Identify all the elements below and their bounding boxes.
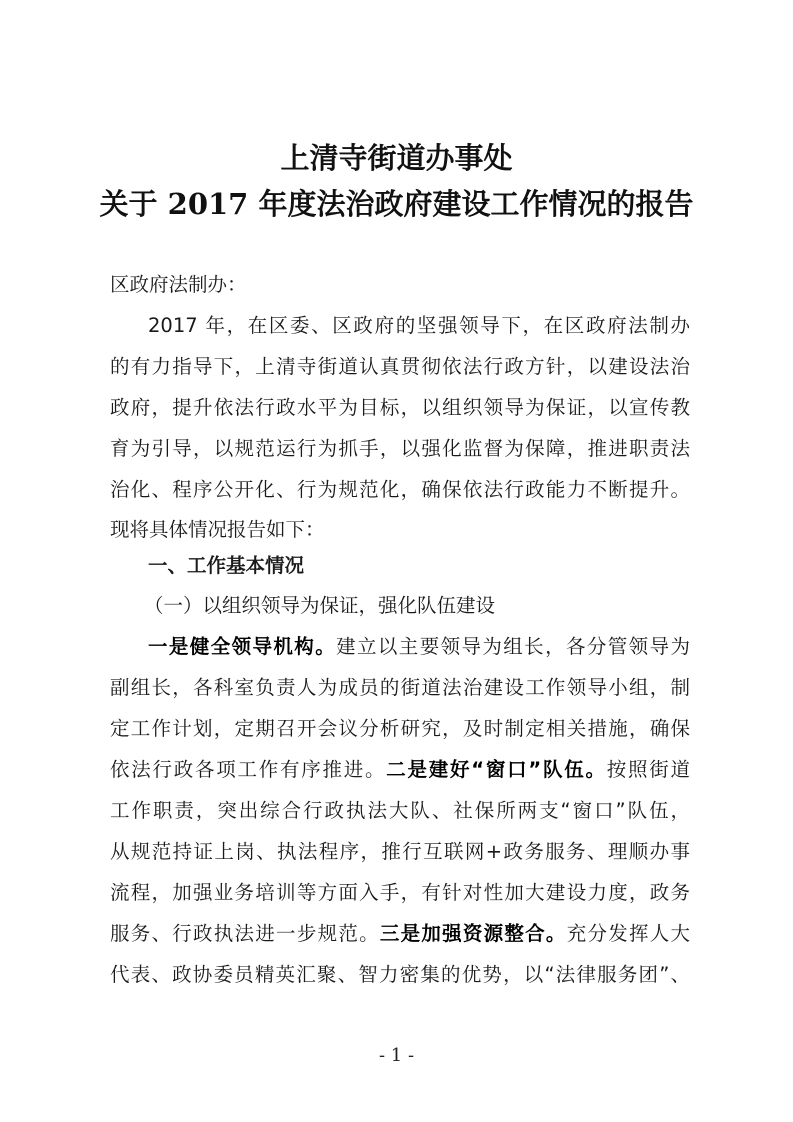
salutation: 区政府法制办： — [110, 271, 690, 299]
body-text: 依法行政各项工作有序推进。 — [110, 758, 386, 781]
body-line: 定工作计划，定期召开会议分析研究，及时制定相关措施，确保 — [110, 715, 690, 743]
body-text: 服务、行政执法进一步规范。 — [110, 922, 380, 945]
body-line: 服务、行政执法进一步规范。三是加强资源整合。充分发挥人大 — [110, 920, 690, 948]
body-line: 工作职责，突出综合行政执法大队、社保所两支“窗口”队伍， — [110, 797, 690, 825]
body-line: 依法行政各项工作有序推进。二是建好“窗口”队伍。按照街道 — [110, 756, 690, 784]
body-text: 按照街道 — [607, 758, 690, 781]
intro-line: 现将具体情况报告如下： — [110, 516, 690, 544]
body-text: 充分发挥人大 — [567, 922, 690, 945]
body-line: 副组长，各科室负责人为成员的街道法治建设工作领导小组，制 — [110, 674, 690, 702]
intro-line: 政府，提升依法行政水平为目标，以组织领导为保证，以宣传教 — [110, 394, 690, 422]
document-page: 上清寺街道办事处 关于 2017 年度法治政府建设工作情况的报告 区政府法制办：… — [0, 0, 793, 1122]
body-text: 建立以主要领导为组长，各分管领导为 — [336, 635, 690, 658]
intro-line: 的有力指导下，上清寺街道认真贯彻依法行政方针，以建设法治 — [110, 353, 690, 381]
body-line: 流程，加强业务培训等方面入手，有针对性加大建设力度，政务 — [110, 879, 690, 907]
bold-lead-phrase: 一是健全领导机构。 — [148, 635, 336, 658]
body-line: 一是健全领导机构。建立以主要领导为组长，各分管领导为 — [148, 633, 690, 661]
body-line: 代表、政协委员精英汇聚、智力密集的优势，以“法律服务团”、 — [110, 961, 690, 989]
intro-line: 治化、程序公开化、行为规范化，确保依法行政能力不断提升。 — [110, 476, 690, 504]
intro-line: 2017 年，在区委、区政府的坚强领导下，在区政府法制办 — [148, 312, 690, 340]
bold-lead-phrase: 三是加强资源整合。 — [380, 922, 567, 945]
document-title-line2: 关于 2017 年度法治政府建设工作情况的报告 — [0, 186, 793, 222]
bold-lead-phrase: 二是建好“窗口”队伍。 — [386, 758, 606, 781]
page-number: - 1 - — [0, 1044, 793, 1068]
subsection-heading: （一）以组织领导为保证，强化队伍建设 — [144, 592, 686, 620]
body-line: 从规范持证上岗、执法程序，推行互联网+政务服务、理顺办事 — [110, 838, 690, 866]
section-heading: 一、工作基本情况 — [148, 552, 690, 580]
document-title-line1: 上清寺街道办事处 — [0, 140, 793, 176]
intro-line: 育为引导，以规范运行为抓手，以强化监督为保障，推进职责法 — [110, 435, 690, 463]
